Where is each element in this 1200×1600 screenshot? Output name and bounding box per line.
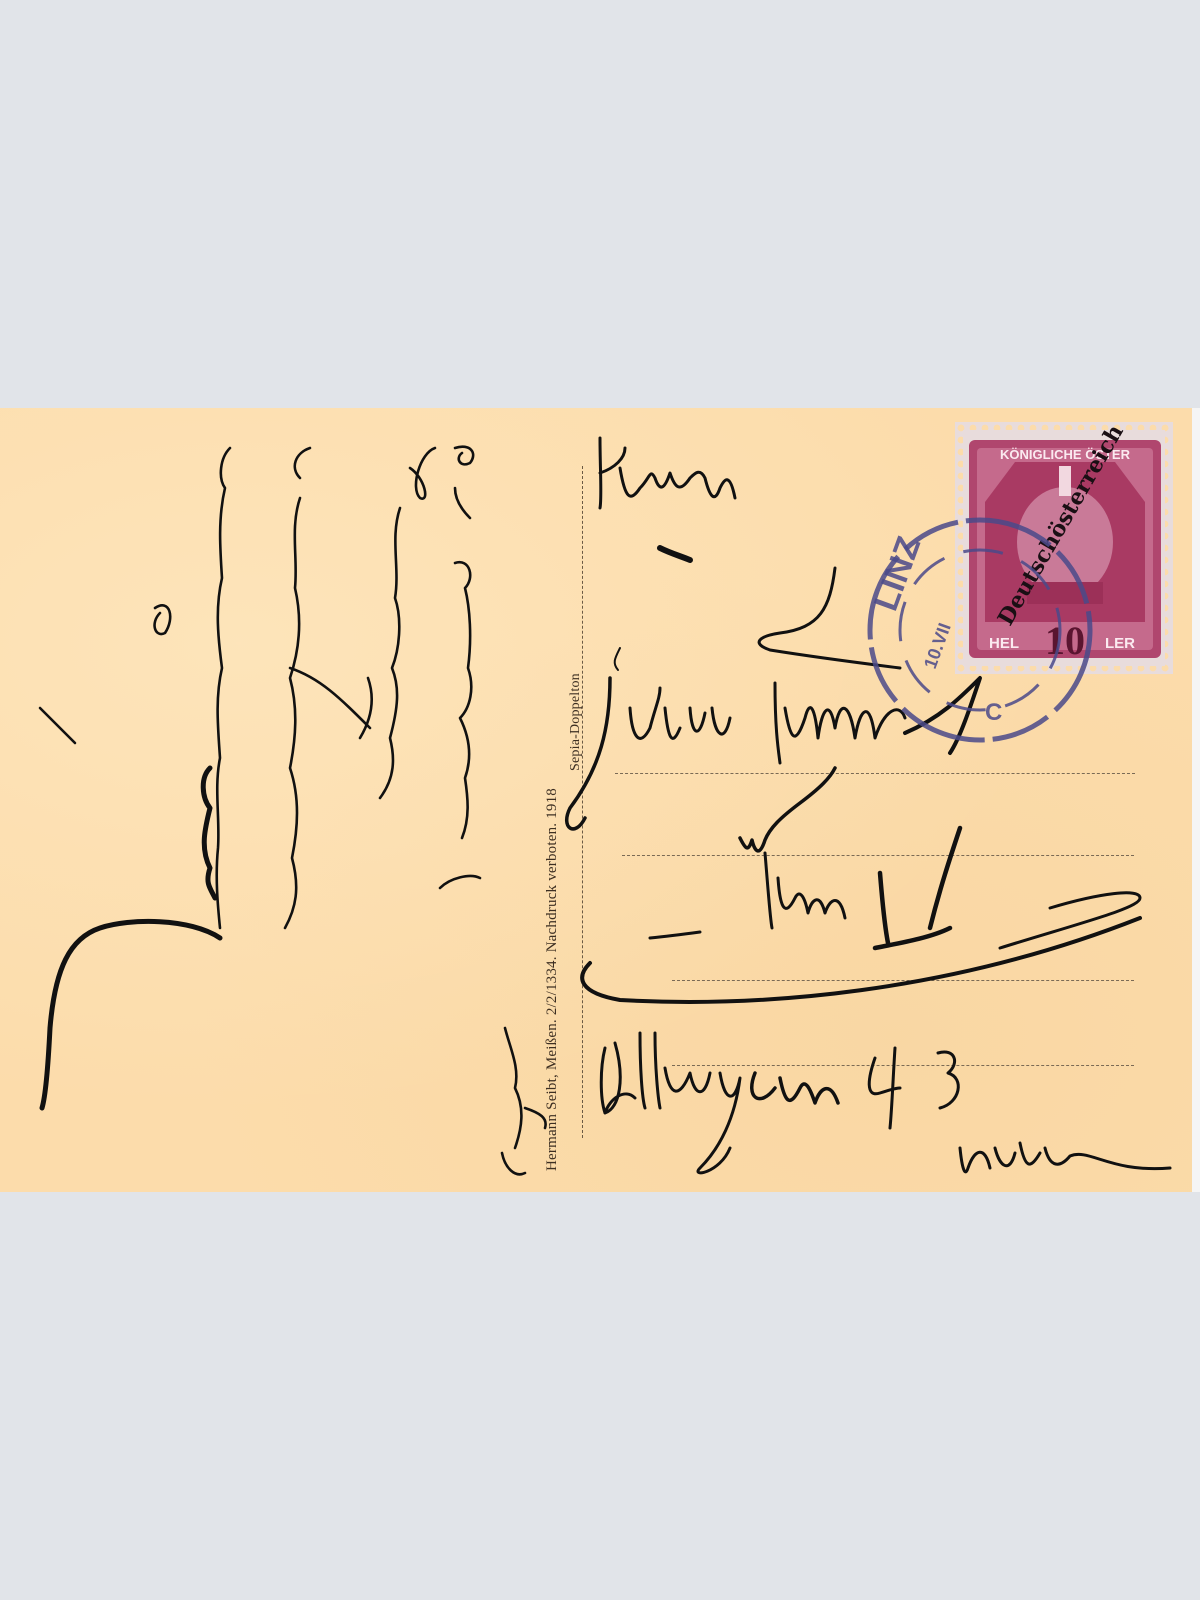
address-city-handwriting	[582, 768, 1140, 1002]
postage-stamp: KÖNIGLICHE ÖSTER HEL LER 10 Deutschöster…	[955, 422, 1173, 674]
address-name-handwriting	[567, 678, 980, 829]
address-salutation-handwriting	[600, 438, 735, 560]
message-handwriting	[40, 447, 480, 1108]
stamp-right-label: LER	[1105, 635, 1135, 652]
scan-margin	[1192, 408, 1200, 1192]
postcard: Hermann Seibt, Meißen. 2/2/1334. Nachdru…	[0, 408, 1192, 1192]
stamp-value: 10	[1045, 618, 1085, 663]
address-street-handwriting	[601, 1033, 1170, 1173]
name-flourish	[615, 568, 900, 670]
message-date-handwriting	[502, 1028, 546, 1174]
stamp-left-label: HEL	[989, 635, 1019, 652]
